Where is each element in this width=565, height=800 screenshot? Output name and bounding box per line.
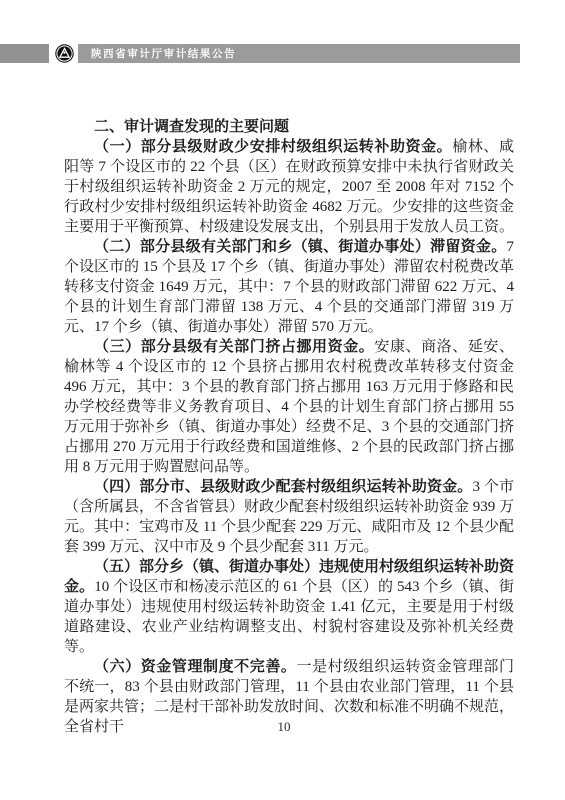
page-header: 陕西省审计厅审计结果公告: [0, 44, 565, 63]
paragraph-4: （四）部分市、县级财政少配套村级组织运转补助资金。3 个市（含所属县，不含省管县…: [64, 477, 514, 557]
paragraph-3-lead: （三）部分县级有关部门挤占挪用资金。: [94, 338, 374, 355]
paragraph-2-lead: （二）部分县级有关部门和乡（镇、街道办事处）滞留资金。: [94, 238, 507, 255]
header-title: 陕西省审计厅审计结果公告: [91, 46, 236, 61]
paragraph-5-body: 10 个设区市和杨凌示范区的 61 个县（区）的 543 个乡（镇、街道办事处）…: [64, 579, 514, 655]
paragraph-1: （一）部分县级财政少安排村级组织运转补助资金。榆林、咸阳等 7 个设区市的 22…: [64, 137, 514, 237]
audit-seal-icon: [55, 44, 74, 63]
page-number: 10: [64, 719, 504, 735]
paragraph-4-lead: （四）部分市、县级财政少配套村级组织运转补助资金。: [94, 478, 472, 495]
header-left-band: [0, 44, 49, 63]
document-body: 二、审计调查发现的主要问题 （一）部分县级财政少安排村级组织运转补助资金。榆林、…: [64, 117, 514, 737]
paragraph-2: （二）部分县级有关部门和乡（镇、街道办事处）滞留资金。7 个设区市的 15 个县…: [64, 237, 514, 337]
header-title-bar: 陕西省审计厅审计结果公告: [78, 44, 520, 63]
section-heading: 二、审计调查发现的主要问题: [64, 117, 514, 137]
paragraph-5: （五）部分乡（镇、街道办事处）违规使用村级组织运转补助资金。10 个设区市和杨凌…: [64, 557, 514, 657]
paragraph-1-lead: （一）部分县级财政少安排村级组织运转补助资金。: [94, 138, 452, 155]
paragraph-6-lead: （六）资金管理制度不完善。: [94, 658, 297, 675]
document-page: 陕西省审计厅审计结果公告 二、审计调查发现的主要问题 （一）部分县级财政少安排村…: [0, 0, 565, 800]
paragraph-3: （三）部分县级有关部门挤占挪用资金。安康、商洛、延安、榆林等 4 个设区市的 1…: [64, 337, 514, 477]
paragraph-3-body: 安康、商洛、延安、榆林等 4 个设区市的 12 个县挤占挪用农村税费改革转移支付…: [64, 339, 514, 475]
